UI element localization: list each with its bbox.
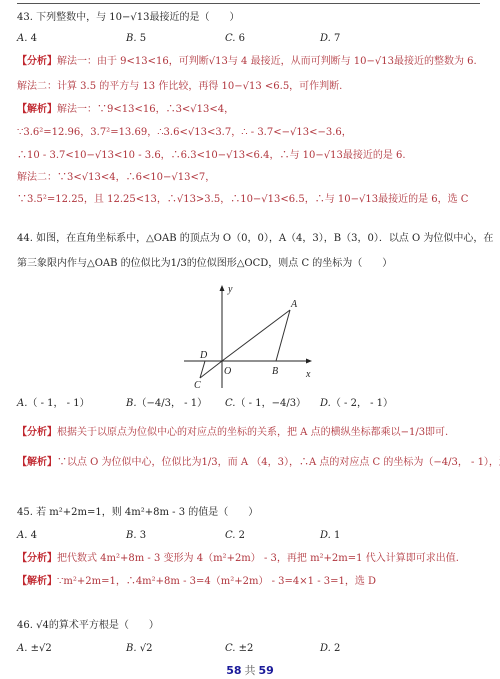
question-number: 44. [17, 233, 33, 244]
question-number: 46. [17, 620, 33, 631]
option-letter: D. [320, 398, 331, 409]
option-value: （ - 2， - 1） [331, 398, 393, 409]
solution-line: 【解析】∵以点 O 为位似中心，位似比为1/3，而 A （4，3），∴A 点的对… [17, 457, 500, 469]
option-letter: C. [225, 530, 235, 541]
coordinate-figure: y x A B O C D [170, 280, 330, 390]
point-o-label: O [224, 366, 231, 377]
solution-text: ∴10 - 3.7<10−√13<10 - 3.6，∴6.3<10−√13<6.… [17, 150, 406, 161]
question-text: 若 m²+2m=1，则 4m²+8m - 3 的值是（ ） [36, 507, 258, 518]
option-d: D. 7 [320, 33, 340, 45]
option-letter: A. [17, 398, 27, 409]
question-stem: 45. 若 m²+2m=1，则 4m²+8m - 3 的值是（ ） [17, 507, 258, 519]
option-b: B.（−4/3， - 1） [126, 398, 207, 410]
question-stem: 43. 下列整数中，与 10−√13最接近的是（ ） [17, 12, 239, 24]
analysis-tag: 【分析】 [17, 553, 57, 564]
option-c: C.（ - 1，−4/3） [225, 398, 306, 410]
option-value: 2 [334, 643, 340, 654]
option-b: B. 5 [126, 33, 146, 45]
option-value: 4 [31, 530, 37, 541]
analysis-line: 【分析】解法一：由于 9<13<16，可判断√13与 4 最接近，从而可判断与 … [17, 56, 477, 68]
option-b: B. √2 [126, 643, 152, 655]
option-d: D. 2 [320, 643, 340, 655]
option-letter: B. [126, 530, 137, 541]
option-a: A. 4 [17, 530, 37, 542]
option-letter: A. [17, 530, 27, 541]
question-text: √4的算术平方根是（ ） [36, 620, 159, 631]
option-a: A. ±√2 [17, 643, 52, 655]
option-c: C. 6 [225, 33, 245, 45]
solution-text: 解法一：∵9<13<16，∴3<√13<4， [57, 104, 234, 115]
total-pages: 59 [259, 664, 274, 677]
option-d: D.（ - 2， - 1） [320, 398, 393, 410]
option-d: D. 1 [320, 530, 340, 542]
question-stem: 第三象限内作与△OAB 的位似比为1/3的位似图形△OCD，则点 C 的坐标为（… [17, 258, 392, 270]
option-letter: B. [126, 643, 137, 654]
question-number: 43. [17, 12, 33, 23]
option-c: C. ±2 [225, 643, 253, 655]
analysis-line: 【分析】把代数式 4m²+8m - 3 变形为 4（m²+2m） - 3，再把 … [17, 553, 459, 565]
analysis-text: 根据关于以原点为位似中心的对应点的坐标的关系，把 A 点的横纵坐标都乘以−1/3… [57, 427, 448, 438]
solution-line: 解法二：∵3<√13<4，∴6<10−√13<7， [17, 172, 215, 184]
analysis-text: 解法二：计算 3.5 的平方与 13 作比较，再得 10−√13 <6.5，可作… [17, 81, 342, 92]
current-page: 58 [226, 664, 241, 677]
solution-text: ∵3.6²=12.96，3.7²=13.69，∴3.6<√13<3.7，∴ - … [17, 127, 352, 138]
question-stem: 46. √4的算术平方根是（ ） [17, 620, 159, 632]
question-number: 45. [17, 507, 33, 518]
option-letter: B. [126, 398, 137, 409]
option-value: （ - 1，−4/3） [235, 398, 306, 409]
solution-tag: 【解析】 [17, 576, 57, 587]
option-letter: A. [17, 643, 27, 654]
solution-line: 【解析】∵m²+2m=1，∴4m²+8m - 3=4（m²+2m） - 3=4×… [17, 576, 376, 588]
question-text: 下列整数中，与 10−√13最接近的是（ ） [36, 12, 239, 23]
option-letter: B. [126, 33, 137, 44]
point-a-label: A [290, 299, 298, 310]
option-a: A.（ - 1， - 1） [17, 398, 90, 410]
option-value: ±√2 [31, 643, 52, 654]
y-arrow-icon [220, 285, 225, 291]
option-letter: D. [320, 643, 331, 654]
solution-line: 【解析】解法一：∵9<13<16，∴3<√13<4， [17, 104, 234, 116]
solution-tag: 【解析】 [17, 104, 57, 115]
option-letter: C. [225, 398, 235, 409]
option-value: 1 [334, 530, 340, 541]
analysis-text: 把代数式 4m²+8m - 3 变形为 4（m²+2m） - 3，再把 m²+2… [57, 553, 459, 564]
analysis-line: 【分析】根据关于以原点为位似中心的对应点的坐标的关系，把 A 点的横纵坐标都乘以… [17, 427, 448, 439]
header-rule [17, 3, 480, 4]
solution-line: ∵3.6²=12.96，3.7²=13.69，∴3.6<√13<3.7，∴ - … [17, 127, 352, 139]
option-value: 7 [334, 33, 340, 44]
analysis-tag: 【分析】 [17, 427, 57, 438]
analysis-line: 解法二：计算 3.5 的平方与 13 作比较，再得 10−√13 <6.5，可作… [17, 81, 342, 93]
solution-text: ∵以点 O 为位似中心，位似比为1/3，而 A （4，3），∴A 点的对应点 C… [57, 457, 500, 468]
option-value: 3 [140, 530, 146, 541]
solution-text: 解法二：∵3<√13<4，∴6<10−√13<7， [17, 172, 215, 183]
option-value: √2 [140, 643, 153, 654]
option-letter: C. [225, 643, 235, 654]
point-d-label: D [199, 350, 208, 361]
option-letter: A. [17, 33, 27, 44]
solution-line: ∴10 - 3.7<10−√13<10 - 3.6，∴6.3<10−√13<6.… [17, 150, 406, 162]
solution-tag: 【解析】 [17, 457, 57, 468]
page-of-label: 共 [245, 664, 256, 677]
option-value: 5 [140, 33, 146, 44]
solution-text: ∵m²+2m=1，∴4m²+8m - 3=4（m²+2m） - 3=4×1 - … [57, 576, 376, 587]
option-letter: D. [320, 33, 331, 44]
option-a: A. 4 [17, 33, 37, 45]
option-value: ±2 [239, 643, 254, 654]
option-letter: C. [225, 33, 235, 44]
option-value: 4 [31, 33, 37, 44]
page-footer: 58共59 [0, 662, 500, 678]
point-c-label: C [194, 380, 201, 390]
analysis-text: 解法一：由于 9<13<16，可判断√13与 4 最接近，从而可判断与 10−√… [57, 56, 477, 67]
option-value: 2 [239, 530, 245, 541]
question-text: 第三象限内作与△OAB 的位似比为1/3的位似图形△OCD，则点 C 的坐标为（… [17, 258, 392, 269]
option-value: （−4/3， - 1） [137, 398, 208, 409]
option-value: （ - 1， - 1） [27, 398, 89, 409]
solution-line: ∵3.5²=12.25，且 12.25<13，∴√13>3.5，∴10−√13<… [17, 194, 468, 206]
option-b: B. 3 [126, 530, 146, 542]
analysis-tag: 【分析】 [17, 56, 57, 67]
x-label: x [305, 369, 311, 380]
option-letter: D. [320, 530, 331, 541]
solution-text: ∵3.5²=12.25，且 12.25<13，∴√13>3.5，∴10−√13<… [17, 194, 468, 205]
option-value: 6 [239, 33, 245, 44]
question-stem: 44. 如图，在直角坐标系中，△OAB 的顶点为 O（0，0），A（4，3），B… [17, 233, 493, 245]
question-text: 如图，在直角坐标系中，△OAB 的顶点为 O（0，0），A（4，3），B（3，0… [36, 233, 493, 244]
option-c: C. 2 [225, 530, 245, 542]
point-b-label: B [272, 366, 278, 377]
x-arrow-icon [306, 359, 312, 364]
y-label: y [227, 284, 233, 295]
